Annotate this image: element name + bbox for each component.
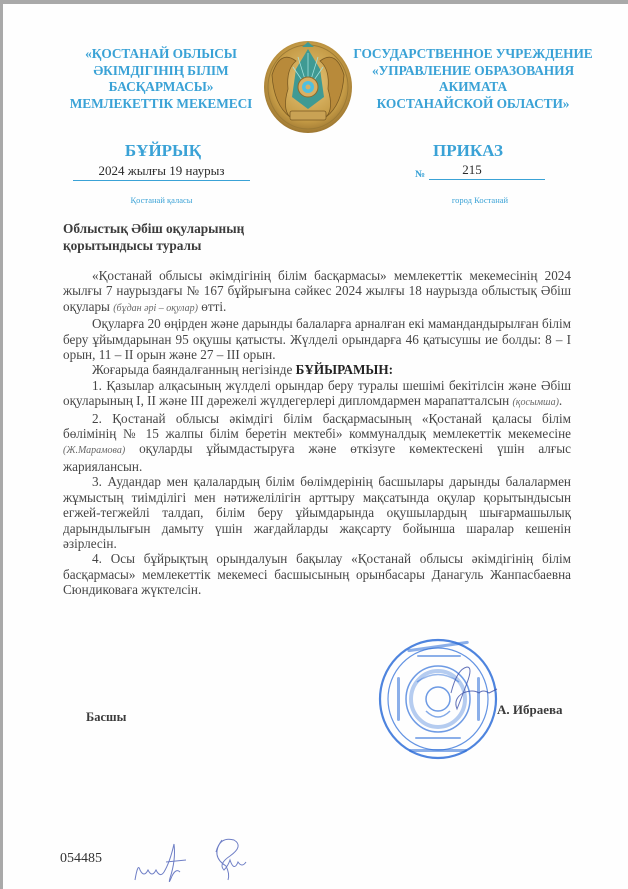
- order-date: 2024 жылғы 19 наурыз: [73, 163, 250, 181]
- header-ru-line: ГОСУДАРСТВЕННОЕ УЧРЕЖДЕНИЕ: [353, 46, 593, 63]
- paragraph-order-basis: Жоғарыда баяндалғанның негізінде БҰЙЫРАМ…: [63, 362, 571, 377]
- approval-initials: [130, 832, 280, 887]
- header-kz-line: МЕМЛЕКЕТТІК МЕКЕМЕСІ: [61, 96, 261, 113]
- doc-type-ru: ПРИКАЗ: [393, 141, 543, 161]
- paragraph-intro: «Қостанай облысы әкімдігінің білім басқа…: [63, 268, 571, 316]
- header-kz: «ҚОСТАНАЙ ОБЛЫСЫ ӘКІМДІГІНІҢ БІЛІМ БАСҚА…: [61, 46, 261, 112]
- order-body: «Қостанай облысы әкімдігінің білім басқа…: [63, 268, 571, 598]
- note: (бұдан әрі – оқулар): [113, 303, 198, 314]
- order-keyword: БҰЙЫРАМЫН:: [296, 362, 393, 377]
- handwritten-signature: [443, 659, 501, 719]
- registration-number: 054485: [60, 851, 102, 867]
- note: (Ж.Марамова): [63, 445, 125, 456]
- city-ru: город Костанай: [415, 195, 545, 205]
- subject-line: қорытындысы туралы: [63, 237, 323, 254]
- order-item-1: 1. Қазылар алқасының жүлделі орындар бер…: [63, 378, 571, 411]
- doc-type-kz: БҰЙРЫҚ: [63, 141, 263, 161]
- number-sign: №: [415, 169, 425, 180]
- header-kz-line: ӘКІМДІГІНІҢ БІЛІМ: [61, 63, 261, 80]
- note: (қосымша): [512, 397, 558, 408]
- order-item-2: 2. Қостанай облысы әкімдігі білім басқар…: [63, 411, 571, 475]
- header-ru: ГОСУДАРСТВЕННОЕ УЧРЕЖДЕНИЕ «УПРАВЛЕНИЕ О…: [353, 46, 593, 112]
- order-number-field: № 215: [415, 163, 545, 180]
- order-item-3: 3. Аудандар мен қалалардың білім бөлімде…: [63, 474, 571, 551]
- order-number: 215: [429, 162, 545, 180]
- header-kz-line: «ҚОСТАНАЙ ОБЛЫСЫ: [61, 46, 261, 63]
- order-subject: Облыстық Әбіш оқуларының қорытындысы тур…: [63, 220, 323, 254]
- header-ru-line: «УПРАВЛЕНИЕ ОБРАЗОВАНИЯ: [353, 63, 593, 80]
- city-kz: Қостанай қаласы: [73, 195, 250, 205]
- header-kz-line: БАСҚАРМАСЫ»: [61, 79, 261, 96]
- paragraph-results: Оқуларға 20 өңірден және дарынды балалар…: [63, 316, 571, 362]
- order-item-4: 4. Осы бұйрықтың орындалуын бақылау «Қос…: [63, 551, 571, 597]
- header-ru-line: АКИМАТА: [353, 79, 593, 96]
- state-emblem-icon: [262, 39, 354, 135]
- header-ru-line: КОСТАНАЙСКОЙ ОБЛАСТИ»: [353, 96, 593, 113]
- signatory-title: Басшы: [86, 710, 126, 725]
- subject-line: Облыстық Әбіш оқуларының: [63, 220, 323, 237]
- document-page: «ҚОСТАНАЙ ОБЛЫСЫ ӘКІМДІГІНІҢ БІЛІМ БАСҚА…: [3, 4, 628, 889]
- signatory-name: А. Ибраева: [497, 702, 563, 718]
